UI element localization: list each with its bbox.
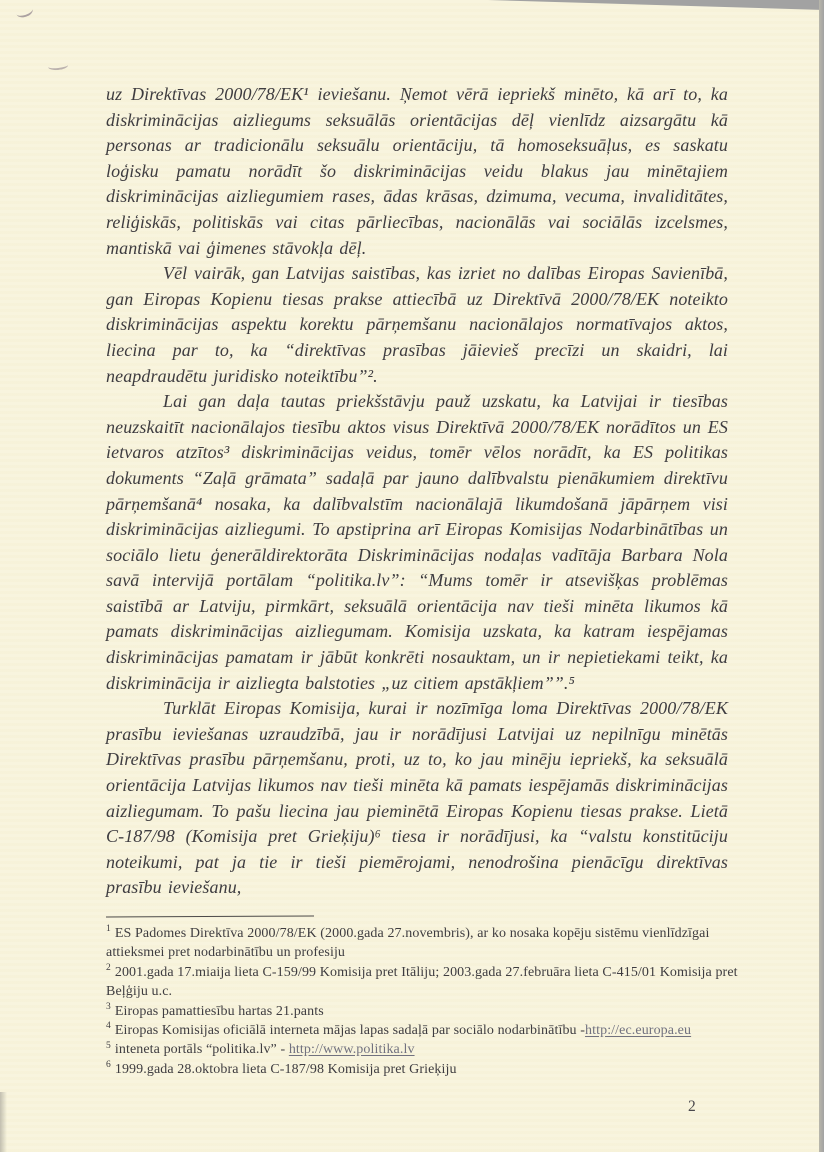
footnote-marker: 5: [106, 1041, 111, 1051]
paragraph-continuation: uz Direktīvas 2000/78/EK¹ ieviešanu. Ņem…: [106, 82, 728, 261]
footnote-marker: 6: [106, 1060, 111, 1070]
footnote: 22001.gada 17.miaija lieta C-159/99 Komi…: [106, 963, 740, 1002]
footnote-marker: 1: [106, 924, 111, 934]
scanner-edge-right: [819, 0, 824, 1152]
footnote: 1ES Padomes Direktīva 2000/78/EK (2000.g…: [106, 924, 740, 963]
document-page: uz Direktīvas 2000/78/EK¹ ieviešanu. Ņem…: [0, 0, 824, 1152]
footnote-separator: [106, 915, 314, 917]
footnote-marker: 2: [106, 963, 111, 973]
paragraph: Turklāt Eiropas Komisija, kurai ir nozīm…: [106, 696, 728, 901]
footnote-text: 2001.gada 17.miaija lieta C-159/99 Komis…: [106, 965, 738, 999]
page-number: 2: [688, 1098, 696, 1116]
footnote-link: http://www.politika.lv: [289, 1042, 415, 1057]
document-body: uz Direktīvas 2000/78/EK¹ ieviešanu. Ņem…: [106, 82, 728, 901]
footnote-text: ES Padomes Direktīva 2000/78/EK (2000.ga…: [106, 926, 709, 960]
footnotes-section: 1ES Padomes Direktīva 2000/78/EK (2000.g…: [106, 916, 740, 1079]
paragraph: Vēl vairāk, gan Latvijas saistības, kas …: [106, 261, 728, 389]
footnote-link: http://ec.europa.eu: [585, 1023, 691, 1038]
footnote-marker: 4: [106, 1021, 111, 1031]
footnote: 4Eiropas Komisijas oficiālā interneta mā…: [106, 1021, 740, 1040]
footnote: 3Eiropas pamattiesību hartas 21.pants: [106, 1002, 740, 1021]
paragraph: Lai gan daļa tautas priekšstāvju pauž uz…: [106, 389, 728, 696]
footnote: 61999.gada 28.oktobra lieta C-187/98 Kom…: [106, 1060, 740, 1079]
pen-mark: [15, 4, 35, 20]
pen-mark: [48, 61, 69, 71]
footnote-marker: 3: [106, 1002, 111, 1012]
scanner-edge-top: [488, 0, 824, 10]
footnote-text: Eiropas pamattiesību hartas 21.pants: [115, 1004, 324, 1019]
footnote-text: inteneta portāls “politika.lv” -: [115, 1042, 289, 1057]
scanner-smudge: [0, 1092, 7, 1152]
footnote: 5inteneta portāls “politika.lv” - http:/…: [106, 1040, 740, 1059]
footnote-text: 1999.gada 28.oktobra lieta C-187/98 Komi…: [115, 1062, 457, 1077]
footnote-text: Eiropas Komisijas oficiālā interneta māj…: [115, 1023, 585, 1038]
